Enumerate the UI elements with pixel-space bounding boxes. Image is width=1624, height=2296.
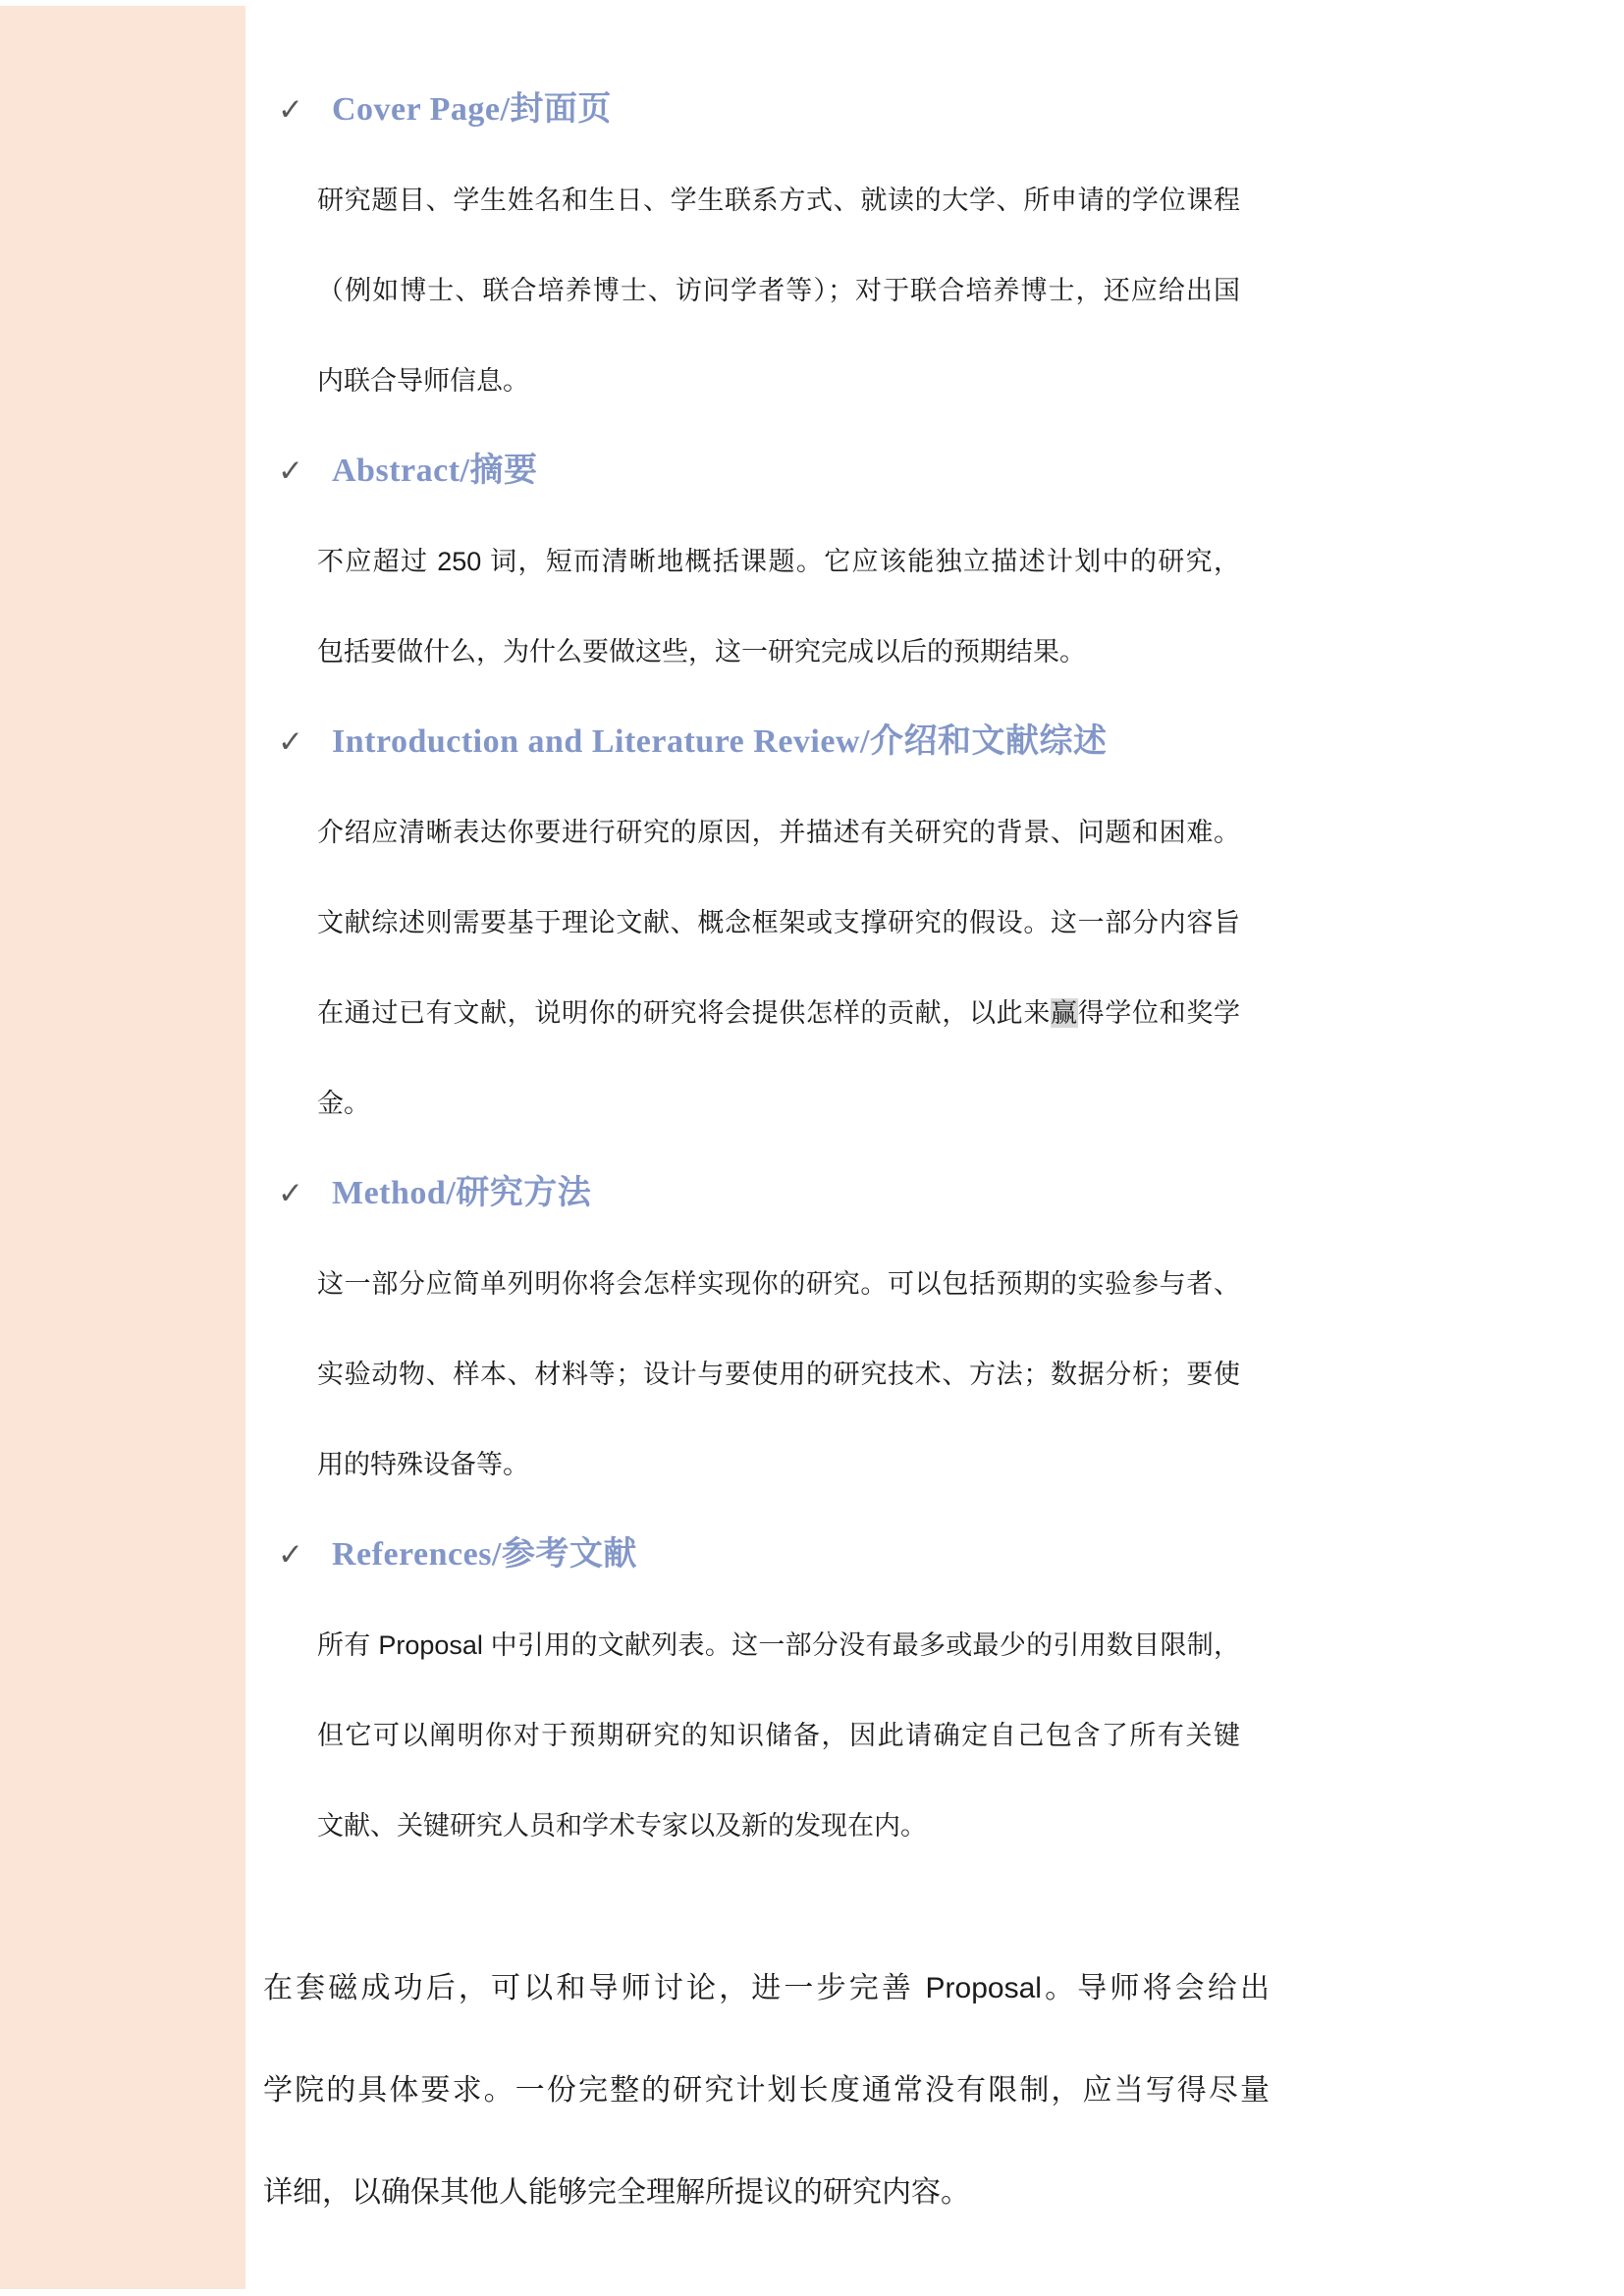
checkmark-icon: ✓: [278, 426, 303, 516]
section-body: 所有 Proposal 中引用的文献列表。这一部分没有最多或最少的引用数目限制，…: [245, 1600, 1624, 1871]
section-references: ✓ References/参考文献 所有 Proposal 中引用的文献列表。这…: [245, 1510, 1624, 1871]
section-title-method: Method/研究方法: [245, 1148, 1624, 1239]
text-line: 实验动物、样本、材料等；设计与要使用的研究技术、方法；数据分析；要使: [317, 1329, 1240, 1419]
section-method: ✓ Method/研究方法 这一部分应简单列明你将会怎样实现你的研究。可以包括预…: [245, 1148, 1624, 1510]
section-heading-row: ✓ Abstract/摘要: [245, 426, 1624, 516]
text-line: 在套磁成功后，可以和导师讨论，进一步完善 Proposal。导师将会给出: [263, 1938, 1270, 2040]
highlighted-character: 赢: [1051, 998, 1078, 1028]
text-line: 研究题目、学生姓名和生日、学生联系方式、就读的大学、所申请的学位课程: [317, 155, 1240, 245]
text-line: 这一部分应简单列明你将会怎样实现你的研究。可以包括预期的实验参与者、: [317, 1239, 1240, 1329]
text-segment: 得学位和奖学: [1078, 998, 1240, 1028]
section-cover-page: ✓ Cover Page/封面页 研究题目、学生姓名和生日、学生联系方式、就读的…: [245, 65, 1624, 426]
text-line: 用的特殊设备等。: [317, 1419, 1240, 1510]
document-content: ✓ Cover Page/封面页 研究题目、学生姓名和生日、学生联系方式、就读的…: [245, 0, 1624, 2244]
text-line: （例如博士、联合培养博士、访问学者等）；对于联合培养博士，还应给出国: [317, 245, 1240, 336]
section-abstract: ✓ Abstract/摘要 不应超过 250 词，短而清晰地概括课题。它应该能独…: [245, 426, 1624, 697]
text-line: 学院的具体要求。一份完整的研究计划长度通常没有限制，应当写得尽量: [263, 2040, 1270, 2142]
section-heading-row: ✓ Introduction and Literature Review/介绍和…: [245, 697, 1624, 787]
closing-paragraph: 在套磁成功后，可以和导师讨论，进一步完善 Proposal。导师将会给出 学院的…: [245, 1938, 1624, 2244]
section-title-abstract: Abstract/摘要: [245, 426, 1624, 516]
document-page: ✓ Cover Page/封面页 研究题目、学生姓名和生日、学生联系方式、就读的…: [0, 0, 1624, 2296]
checkmark-icon: ✓: [278, 65, 303, 155]
text-line: 所有 Proposal 中引用的文献列表。这一部分没有最多或最少的引用数目限制，: [317, 1600, 1240, 1690]
section-heading-row: ✓ Cover Page/封面页: [245, 65, 1624, 155]
checkmark-icon: ✓: [278, 697, 303, 787]
text-line: 在通过已有文献，说明你的研究将会提供怎样的贡献，以此来赢得学位和奖学: [317, 968, 1240, 1058]
text-line: 文献、关键研究人员和学术专家以及新的发现在内。: [317, 1781, 1240, 1871]
text-segment: 在通过已有文献，说明你的研究将会提供怎样的贡献，以此来: [317, 998, 1051, 1028]
text-line: 包括要做什么，为什么要做这些，这一研究完成以后的预期结果。: [317, 607, 1240, 697]
text-line: 详细，以确保其他人能够完全理解所提议的研究内容。: [263, 2142, 1270, 2244]
section-body: 介绍应清晰表达你要进行研究的原因，并描述有关研究的背景、问题和困难。 文献综述则…: [245, 787, 1624, 1148]
section-heading-row: ✓ Method/研究方法: [245, 1148, 1624, 1239]
checkmark-icon: ✓: [278, 1510, 303, 1600]
section-body: 不应超过 250 词，短而清晰地概括课题。它应该能独立描述计划中的研究， 包括要…: [245, 516, 1624, 697]
section-title-introduction: Introduction and Literature Review/介绍和文献…: [245, 697, 1624, 787]
section-title-references: References/参考文献: [245, 1510, 1624, 1600]
section-heading-row: ✓ References/参考文献: [245, 1510, 1624, 1600]
section-introduction-literature-review: ✓ Introduction and Literature Review/介绍和…: [245, 697, 1624, 1148]
text-line: 不应超过 250 词，短而清晰地概括课题。它应该能独立描述计划中的研究，: [317, 516, 1240, 607]
text-line: 介绍应清晰表达你要进行研究的原因，并描述有关研究的背景、问题和困难。: [317, 787, 1240, 878]
text-line: 文献综述则需要基于理论文献、概念框架或支撑研究的假设。这一部分内容旨: [317, 878, 1240, 968]
section-title-cover-page: Cover Page/封面页: [245, 65, 1624, 155]
text-line: 但它可以阐明你对于预期研究的知识储备，因此请确定自己包含了所有关键: [317, 1690, 1240, 1781]
text-line: 金。: [317, 1058, 1240, 1148]
checkmark-icon: ✓: [278, 1148, 303, 1239]
left-accent-strip: [0, 6, 245, 2289]
text-line: 内联合导师信息。: [317, 336, 1240, 426]
section-body: 研究题目、学生姓名和生日、学生联系方式、就读的大学、所申请的学位课程 （例如博士…: [245, 155, 1624, 426]
section-body: 这一部分应简单列明你将会怎样实现你的研究。可以包括预期的实验参与者、 实验动物、…: [245, 1239, 1624, 1510]
